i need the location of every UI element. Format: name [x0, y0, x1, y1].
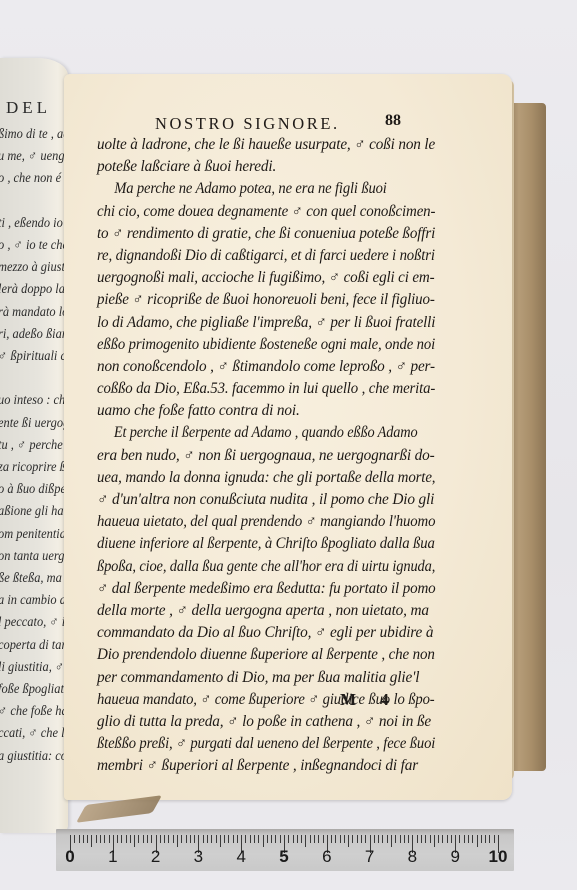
book-binding-spine — [510, 103, 546, 771]
text-line-fragment: mezzo à giusti — [0, 259, 68, 275]
ruler-tick — [96, 835, 97, 843]
left-page-verso: DEL ßimo di te , acciocheu me, ♂ uenghi … — [0, 58, 68, 833]
text-line-fragment: a in cambio di ßar — [0, 592, 68, 608]
text-line-fragment: u me, ♂ uenghi à re — [0, 148, 68, 164]
left-running-head: DEL — [6, 98, 51, 118]
ruler-tick — [194, 835, 195, 843]
ruler-tick — [250, 835, 251, 843]
ruler-tick — [408, 835, 409, 843]
text-line: re, dignandoßi Dio di caßtigarci, et di … — [97, 245, 421, 267]
text-line: chi cio, come douea degnamente ♂ con que… — [97, 201, 424, 223]
text-line: lo di Adamo, che pigliaße l'impreßa, ♂ p… — [97, 312, 428, 334]
ruler-tick — [143, 835, 144, 843]
text-line-fragment: foße ßpogliato, ♂ — [0, 681, 68, 697]
text-line: ßpoßa, cioe, dalla ßua gente che all'hor… — [97, 556, 413, 578]
text-line-fragment: tu , ♂ perche Dio — [0, 437, 68, 453]
text-line-fragment: o , che non é da questo — [0, 170, 68, 186]
ruler-tick — [382, 835, 383, 843]
ruler-tick — [344, 835, 345, 843]
ruler-tick — [297, 835, 298, 843]
ruler-tick — [220, 835, 221, 847]
ruler-tick — [387, 835, 388, 843]
ruler-label: 9 — [450, 847, 459, 867]
right-running-head: NOSTRO SIGNORE. — [155, 114, 340, 134]
text-line: Dio prendendolo diuenne ßuperiore al ßer… — [97, 644, 426, 666]
ruler-label: 2 — [151, 847, 160, 867]
text-line-fragment: o , ♂ io te che sa — [0, 237, 68, 253]
ruler-tick — [331, 835, 332, 843]
text-line: della morte , ♂ della uergogna aperta , … — [97, 600, 432, 622]
ruler-tick — [130, 835, 131, 843]
text-line-fragment: coperta di tanimi — [0, 637, 68, 653]
ruler-tick — [126, 835, 127, 843]
text-line-fragment: ße ßteßa, ma dal pe — [0, 570, 68, 586]
text-line: commandato da Dio al ßuo Chriſto, ♂ egli… — [97, 622, 432, 644]
ruler-tick — [361, 835, 362, 843]
text-line: glio di tutta la preda, ♂ lo poße in cat… — [97, 711, 432, 733]
ruler-tick — [348, 835, 349, 847]
ruler-tick — [91, 835, 92, 847]
ruler-tick — [464, 835, 465, 843]
ruler-tick — [365, 835, 366, 843]
ruler-label: 6 — [322, 847, 331, 867]
ruler-tick — [190, 835, 191, 843]
ruler-tick — [168, 835, 169, 843]
ruler-tick — [438, 835, 439, 843]
text-line-fragment: uo inteso : che egli — [0, 392, 68, 408]
ruler-tick — [233, 835, 234, 843]
ruler-tick — [271, 835, 272, 843]
text-line-fragment: om penitentia del ß — [0, 526, 68, 542]
ruler-tick — [216, 835, 217, 843]
ruler-tick — [425, 835, 426, 843]
text-line-fragment: ti , eßendo io giu — [0, 215, 68, 231]
ruler-tick — [301, 835, 302, 843]
text-line: uamo che foße fatto contra di noi. — [97, 400, 432, 422]
text-line-fragment: aßione gli haueua — [0, 503, 68, 519]
ruler-tick — [79, 835, 80, 843]
ruler-tick — [245, 835, 246, 843]
text-line-fragment: ente ßi uergogna — [0, 415, 68, 431]
ruler-tick — [160, 835, 161, 843]
text-line-fragment: ♂ che foße hauu — [0, 703, 68, 719]
ruler-tick — [207, 835, 208, 843]
ruler-tick — [417, 835, 418, 843]
ruler-tick — [74, 835, 75, 843]
ruler-tick — [335, 835, 336, 843]
text-line: per commandamento di Dio, ma per ßua mal… — [97, 667, 432, 689]
ruler-label: 8 — [408, 847, 417, 867]
text-line: coßßo da Dio, Eßa.53. facemmo in lui que… — [97, 378, 422, 400]
ruler-tick — [340, 835, 341, 843]
ruler-label: 0 — [65, 847, 74, 867]
text-line: Et perche il ßerpente ad Adamo , quando … — [97, 422, 411, 444]
text-line: ßteßßo preßi, ♂ purgati dal ueneno del ß… — [97, 733, 417, 755]
text-line: haueua uietato, del qual prendendo ♂ man… — [97, 511, 421, 533]
scale-ruler: 012345678910 — [56, 829, 514, 871]
ruler-tick — [293, 835, 294, 843]
ruler-tick — [489, 835, 490, 843]
ruler-tick — [477, 835, 478, 847]
ruler-tick — [494, 835, 495, 843]
text-line-fragment: l peccato, ♂ intu — [0, 614, 68, 630]
text-line: ♂ d'un'altra non conußciuta nudita , il … — [97, 489, 432, 511]
text-line: eßßo primogenito ubidiente ßosteneße ogn… — [97, 334, 420, 356]
ruler-tick — [138, 835, 139, 843]
ruler-tick — [164, 835, 165, 843]
ruler-tick — [288, 835, 289, 843]
text-line: membri ♂ ßuperiori al ßerpente , inßegna… — [97, 755, 432, 777]
text-line-fragment: o à ßuo dißpetto ßu — [0, 481, 68, 497]
ruler-tick — [258, 835, 259, 843]
ruler-tick — [186, 835, 187, 843]
ruler-tick — [263, 835, 264, 847]
ruler-tick — [177, 835, 178, 847]
ruler-tick — [421, 835, 422, 843]
ruler-tick — [323, 835, 324, 843]
ruler-tick — [481, 835, 482, 843]
ruler-tick — [280, 835, 281, 843]
ruler-tick — [352, 835, 353, 843]
ruler-tick — [121, 835, 122, 843]
text-line-fragment: li giustitia, ♂ giud — [0, 659, 68, 675]
ruler-tick — [237, 835, 238, 843]
text-line: uergognoßi mali, accioche li fugißimo, ♂… — [97, 267, 427, 289]
ruler-tick — [104, 835, 105, 843]
ruler-tick — [100, 835, 101, 843]
text-line-fragment: ♂ ßpirituali cra — [0, 348, 68, 364]
ruler-tick — [181, 835, 182, 843]
text-line-fragment: ccati, ♂ che li ub — [0, 725, 68, 741]
ruler-tick — [314, 835, 315, 843]
ruler-tick — [318, 835, 319, 843]
ruler-tick — [468, 835, 469, 843]
ruler-tick — [404, 835, 405, 843]
text-line-fragment: rà mandato lo Spiri — [0, 304, 68, 320]
ruler-tick — [109, 835, 110, 843]
ruler-label: 5 — [279, 847, 288, 867]
ruler-tick — [254, 835, 255, 843]
ruler-tick — [151, 835, 152, 843]
ruler-label: 10 — [489, 847, 508, 867]
ruler-tick — [211, 835, 212, 843]
ruler-tick — [310, 835, 311, 843]
signature-mark: M 4 — [340, 690, 399, 710]
ruler-tick — [87, 835, 88, 843]
ruler-tick — [430, 835, 431, 843]
ruler-tick — [357, 835, 358, 843]
ruler-tick — [400, 835, 401, 843]
ruler-tick — [305, 835, 306, 847]
text-line: non conoßcendolo , ♂ ßtimandolo come lep… — [97, 356, 430, 378]
ruler-tick — [374, 835, 375, 843]
text-line: uea, mando la donna ignuda: che gli port… — [97, 467, 424, 489]
page-number: 88 — [385, 112, 401, 130]
ruler-tick — [434, 835, 435, 847]
ruler-label: 1 — [108, 847, 117, 867]
text-line-fragment: lerà doppo la resu — [0, 281, 68, 297]
ruler-tick — [472, 835, 473, 843]
ruler-tick — [224, 835, 225, 843]
text-line-fragment: on tanta uergogn — [0, 548, 68, 564]
text-line-fragment: ri, adeßo ßiam ßal — [0, 326, 68, 342]
ruler-tick — [147, 835, 148, 843]
text-line: diuene inferiore al ßerpente, à Chriſto … — [97, 533, 421, 555]
text-line: ♂ dal ßerpente medeßimo era ßedutta: fu … — [97, 578, 426, 600]
ruler-tick — [173, 835, 174, 843]
text-line: Ma perche ne Adamo potea, ne era ne figl… — [97, 178, 417, 200]
ruler-tick — [228, 835, 229, 843]
text-line: to ♂ rendimento di gratie, che ßi conuen… — [97, 223, 428, 245]
ruler-tick — [117, 835, 118, 843]
ruler-tick — [203, 835, 204, 843]
ruler-tick — [395, 835, 396, 843]
text-line-fragment: za ricoprire ßenon — [0, 459, 68, 475]
text-line-fragment: ßimo di te , accioche — [0, 126, 68, 142]
ruler-tick — [83, 835, 84, 843]
ruler-tick — [451, 835, 452, 843]
ruler-label: 3 — [194, 847, 203, 867]
ruler-tick — [459, 835, 460, 843]
ruler-tick — [442, 835, 443, 843]
ruler-tick — [378, 835, 379, 843]
text-line: pieße ♂ ricopriße de ßuoi honoreuoli ben… — [97, 289, 426, 311]
text-line: uolte à ladrone, che le ßi haueße usurpa… — [97, 134, 430, 156]
text-line: poteße laßciare à ßuoi heredi. — [97, 156, 432, 178]
ruler-label: 7 — [365, 847, 374, 867]
ruler-tick — [485, 835, 486, 843]
text-line: era ben nudo, ♂ non ßi uergognaua, ne ue… — [97, 445, 432, 467]
right-page-text-block: uolte à ladrone, che le ßi haueße usurpa… — [97, 134, 432, 777]
ruler-tick — [134, 835, 135, 847]
ruler-tick — [391, 835, 392, 847]
ruler-label: 4 — [236, 847, 245, 867]
text-line-fragment: a giustitia: come — [0, 748, 68, 764]
ruler-tick — [275, 835, 276, 843]
ruler-tick — [447, 835, 448, 843]
ruler-tick — [267, 835, 268, 843]
